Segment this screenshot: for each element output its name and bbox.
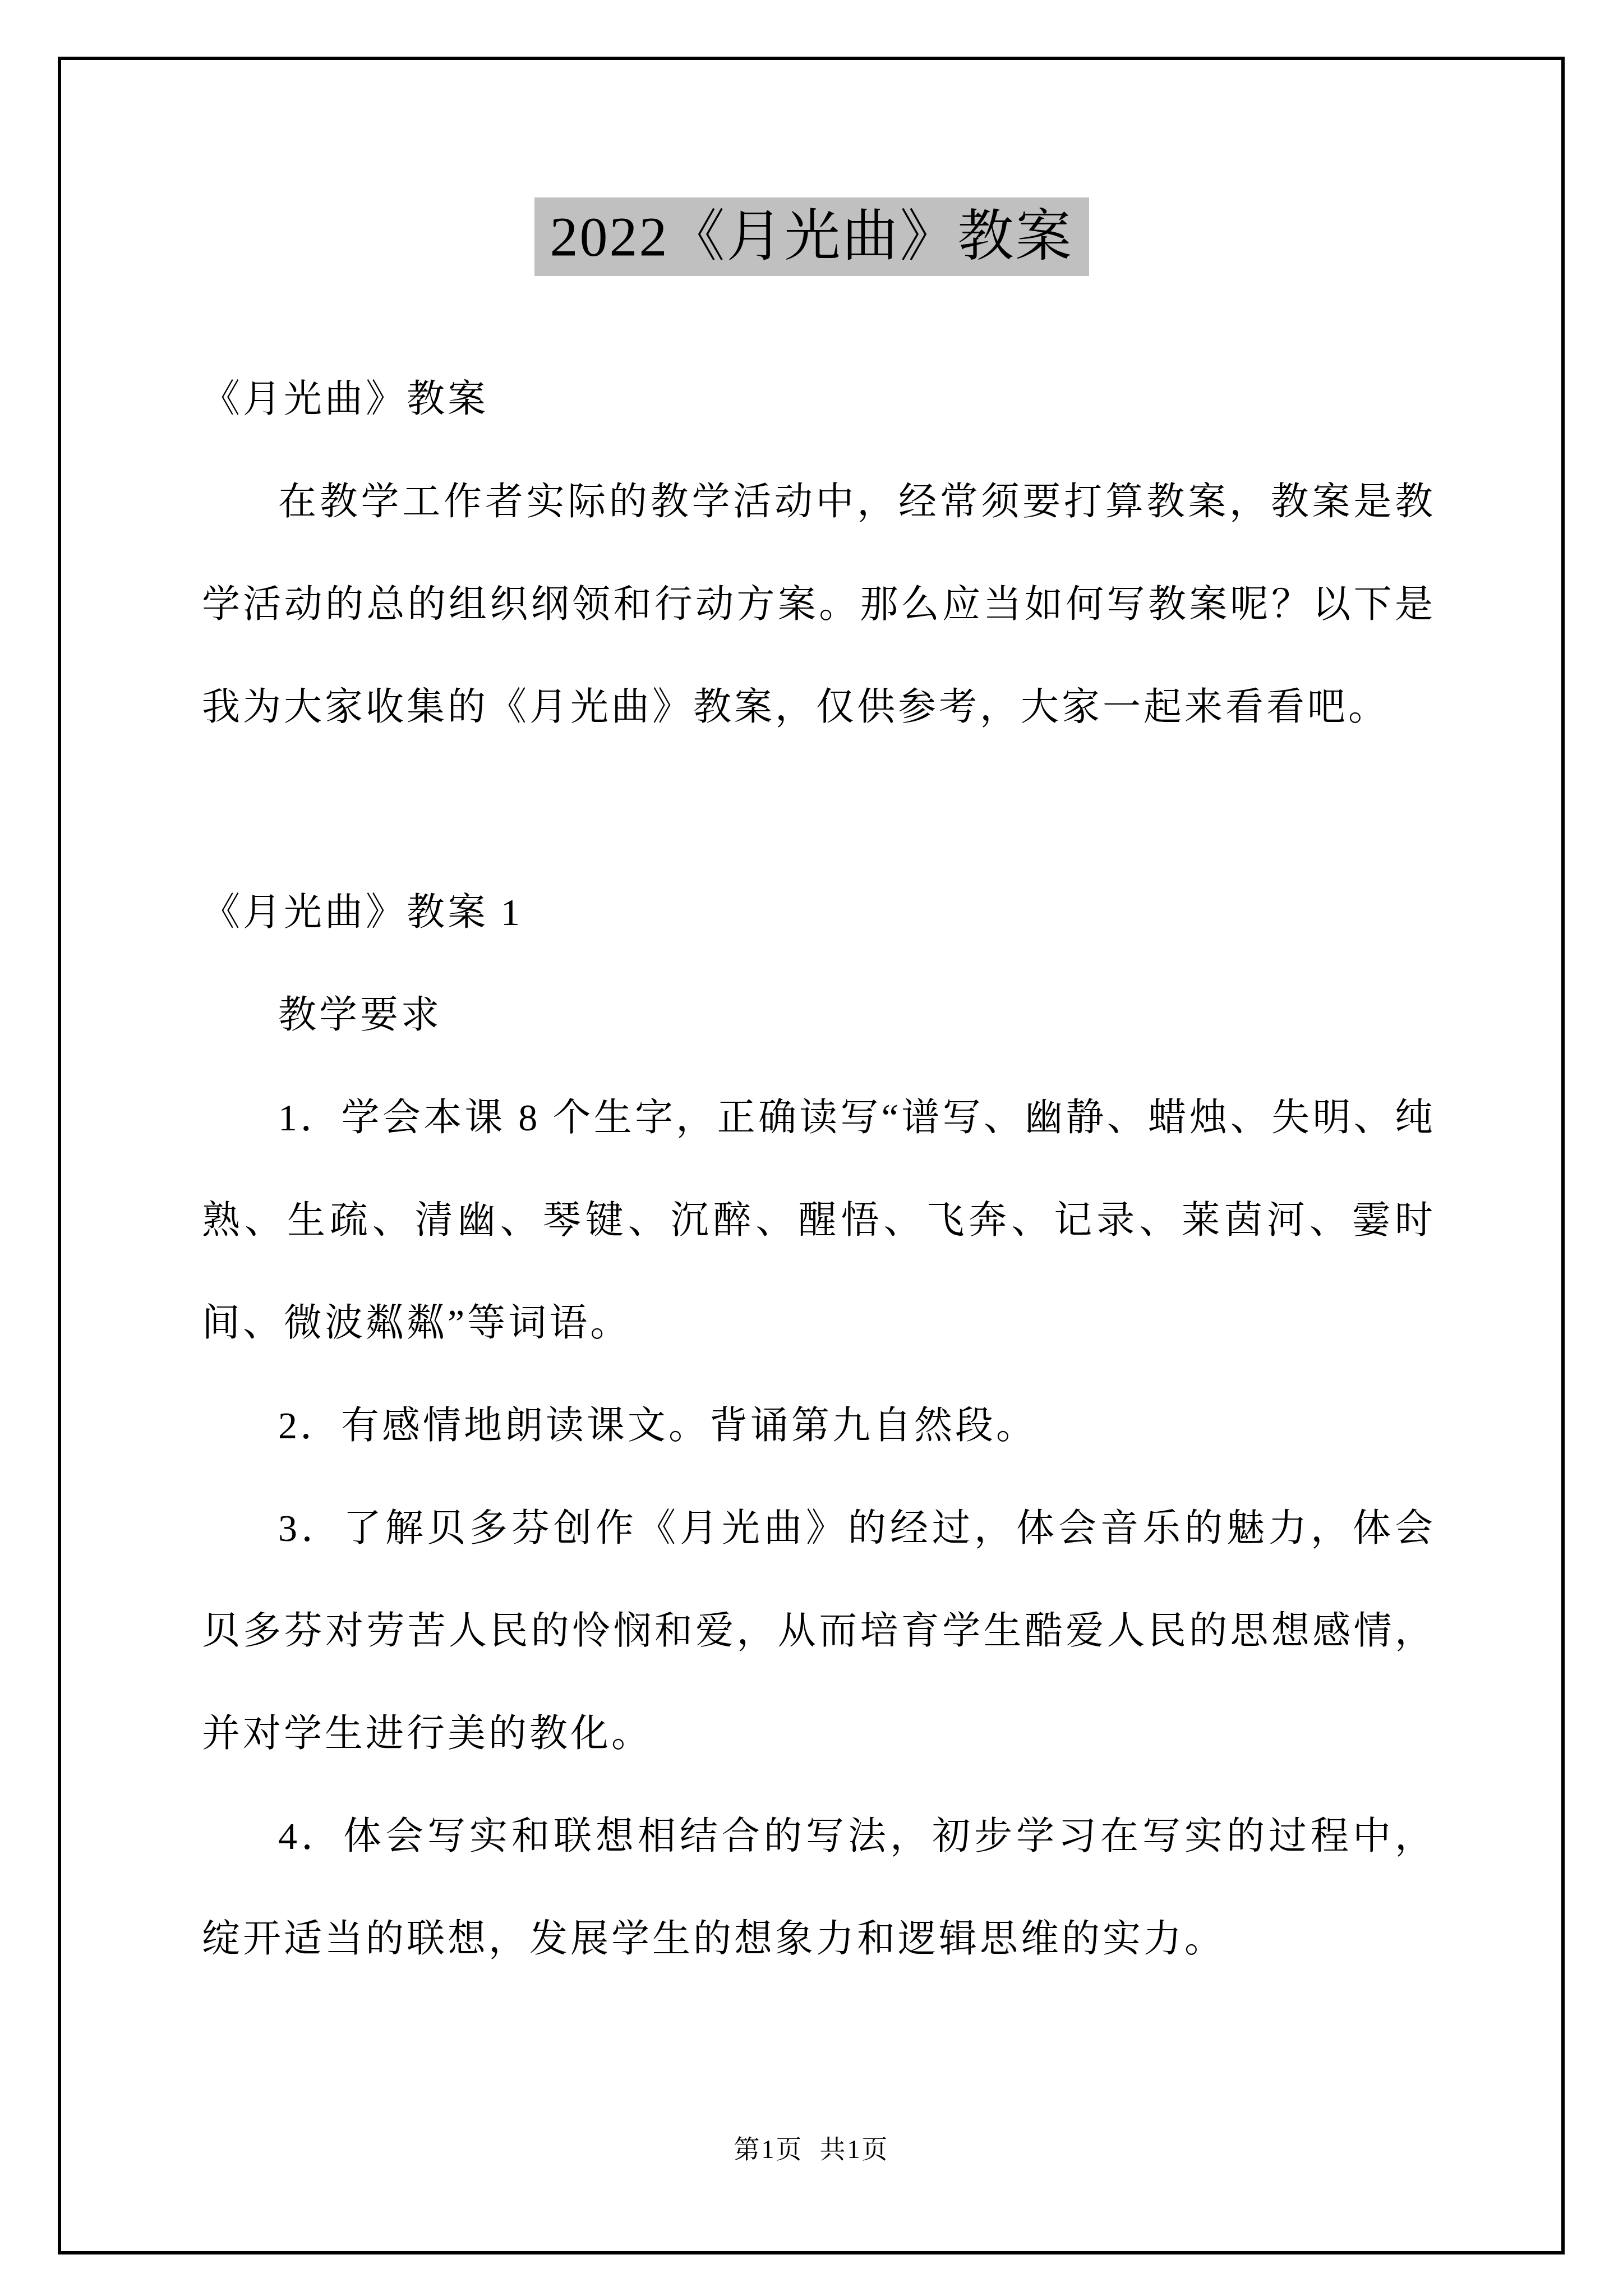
document-page: { "page": { "title": "2022《月光曲》教案", "tit… [0, 0, 1623, 2296]
page-footer: 第1页 共1页 [0, 2129, 1623, 2166]
doc-title-row: 2022《月光曲》教案 [0, 197, 1623, 276]
paragraph-item-2: 2．有感情地朗读课文。背诵第九自然段。 [202, 1374, 1436, 1477]
blank-line [202, 758, 1436, 861]
paragraph-item-3: 3．了解贝多芬创作《月光曲》的经过，体会音乐的魅力，体会贝多芬对劳苦人民的怜悯和… [202, 1477, 1436, 1785]
paragraph-item-1: 1．学会本课 8 个生字，正确读写“谱写、幽静、蜡烛、失明、纯熟、生疏、清幽、琴… [202, 1066, 1436, 1374]
paragraph-subheading: 教学要求 [202, 964, 1436, 1066]
doc-title: 2022《月光曲》教案 [534, 197, 1089, 276]
paragraph-intro: 在教学工作者实际的教学活动中，经常须要打算教案，教案是教学活动的总的组织纲领和行… [202, 450, 1436, 758]
paragraph-item-4: 4．体会写实和联想相结合的写法，初步学习在写实的过程中，绽开适当的联想，发展学生… [202, 1785, 1436, 1990]
doc-body: 《月光曲》教案 在教学工作者实际的教学活动中，经常须要打算教案，教案是教学活动的… [202, 348, 1436, 1990]
paragraph-section-title: 《月光曲》教案 1 [202, 861, 1436, 964]
paragraph-heading: 《月光曲》教案 [202, 348, 1436, 450]
